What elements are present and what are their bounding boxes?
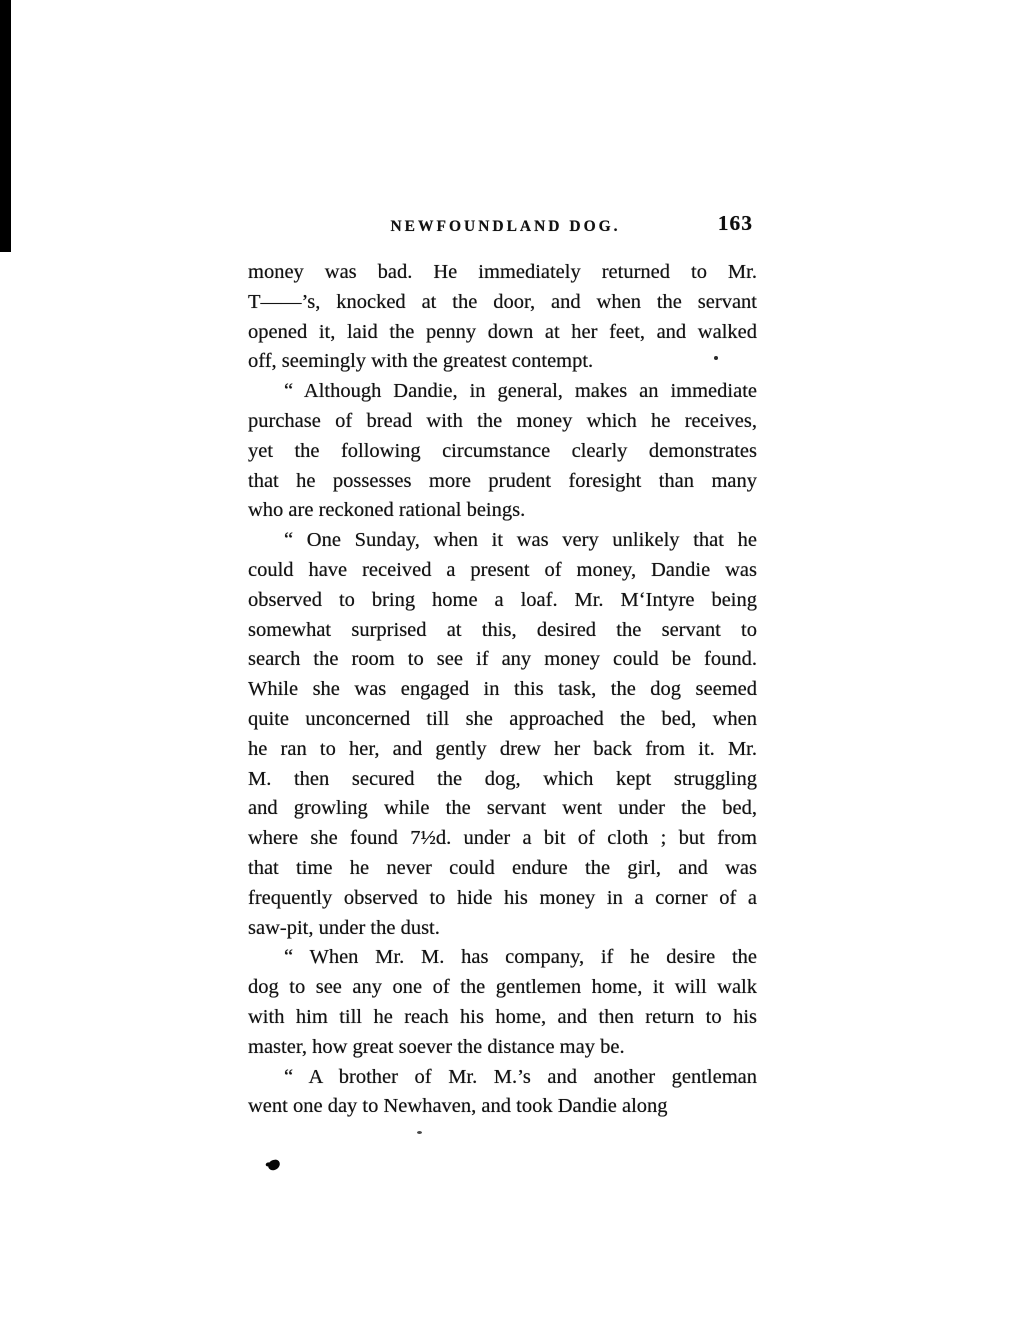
text-line: While she was engaged in this task, the … (248, 675, 757, 705)
text-line: “ A brother of Mr. M.’s and another gent… (248, 1063, 757, 1093)
text-line: with him till he reach his home, and the… (248, 1003, 757, 1033)
text-line: that he possesses more prudent foresight… (248, 467, 757, 497)
paragraph: “ When Mr. M. has company, if he desire … (248, 943, 757, 1062)
paragraph: “ Although Dandie, in general, makes an … (248, 377, 757, 526)
ink-blob-artifact (267, 1159, 281, 1172)
text-line: “ When Mr. M. has company, if he desire … (248, 943, 757, 973)
text-line: and growling while the servant went unde… (248, 794, 757, 824)
text-line: frequently observed to hide his money in… (248, 884, 757, 914)
text-line: M. then secured the dog, which kept stru… (248, 765, 757, 795)
text-line: where she found 7½d. under a bit of clot… (248, 824, 757, 854)
ink-speck-artifact (417, 1131, 422, 1134)
paragraph: “ One Sunday, when it was very unlikely … (248, 526, 757, 943)
paragraph: “ A brother of Mr. M.’s and another gent… (248, 1063, 757, 1123)
text-line: could have received a present of money, … (248, 556, 757, 586)
text-line: saw-pit, under the dust. (248, 914, 757, 944)
text-line: purchase of bread with the money which h… (248, 407, 757, 437)
text-line: observed to bring home a loaf. Mr. M‘Int… (248, 586, 757, 616)
scanner-edge-bar-artifact (0, 0, 11, 252)
text-line: T——’s, knocked at the door, and when the… (248, 288, 757, 318)
page-number: 163 (248, 211, 753, 236)
text-line: quite unconcerned till she approached th… (248, 705, 757, 735)
text-line: that time he never could endure the girl… (248, 854, 757, 884)
text-line: yet the following circumstance clearly d… (248, 437, 757, 467)
text-line: master, how great soever the distance ma… (248, 1033, 757, 1063)
ink-dot-artifact (714, 356, 718, 360)
text-line: went one day to Newhaven, and took Dandi… (248, 1092, 757, 1122)
body-text: money was bad. He immediately returned t… (248, 258, 757, 1122)
paragraph: money was bad. He immediately returned t… (248, 258, 757, 377)
text-line: “ Although Dandie, in general, makes an … (248, 377, 757, 407)
text-line: dog to see any one of the gentlemen home… (248, 973, 757, 1003)
page-scan: NEWFOUNDLAND DOG. 163 money was bad. He … (0, 0, 1033, 1339)
text-line: who are reckoned rational beings. (248, 496, 757, 526)
text-line: he ran to her, and gently drew her back … (248, 735, 757, 765)
text-line: opened it, laid the penny down at her fe… (248, 318, 757, 348)
text-line: off, seemingly with the greatest contemp… (248, 347, 757, 377)
text-line: somewhat surprised at this, desired the … (248, 616, 757, 646)
text-line: “ One Sunday, when it was very unlikely … (248, 526, 757, 556)
text-line: money was bad. He immediately returned t… (248, 258, 757, 288)
text-line: search the room to see if any money coul… (248, 645, 757, 675)
